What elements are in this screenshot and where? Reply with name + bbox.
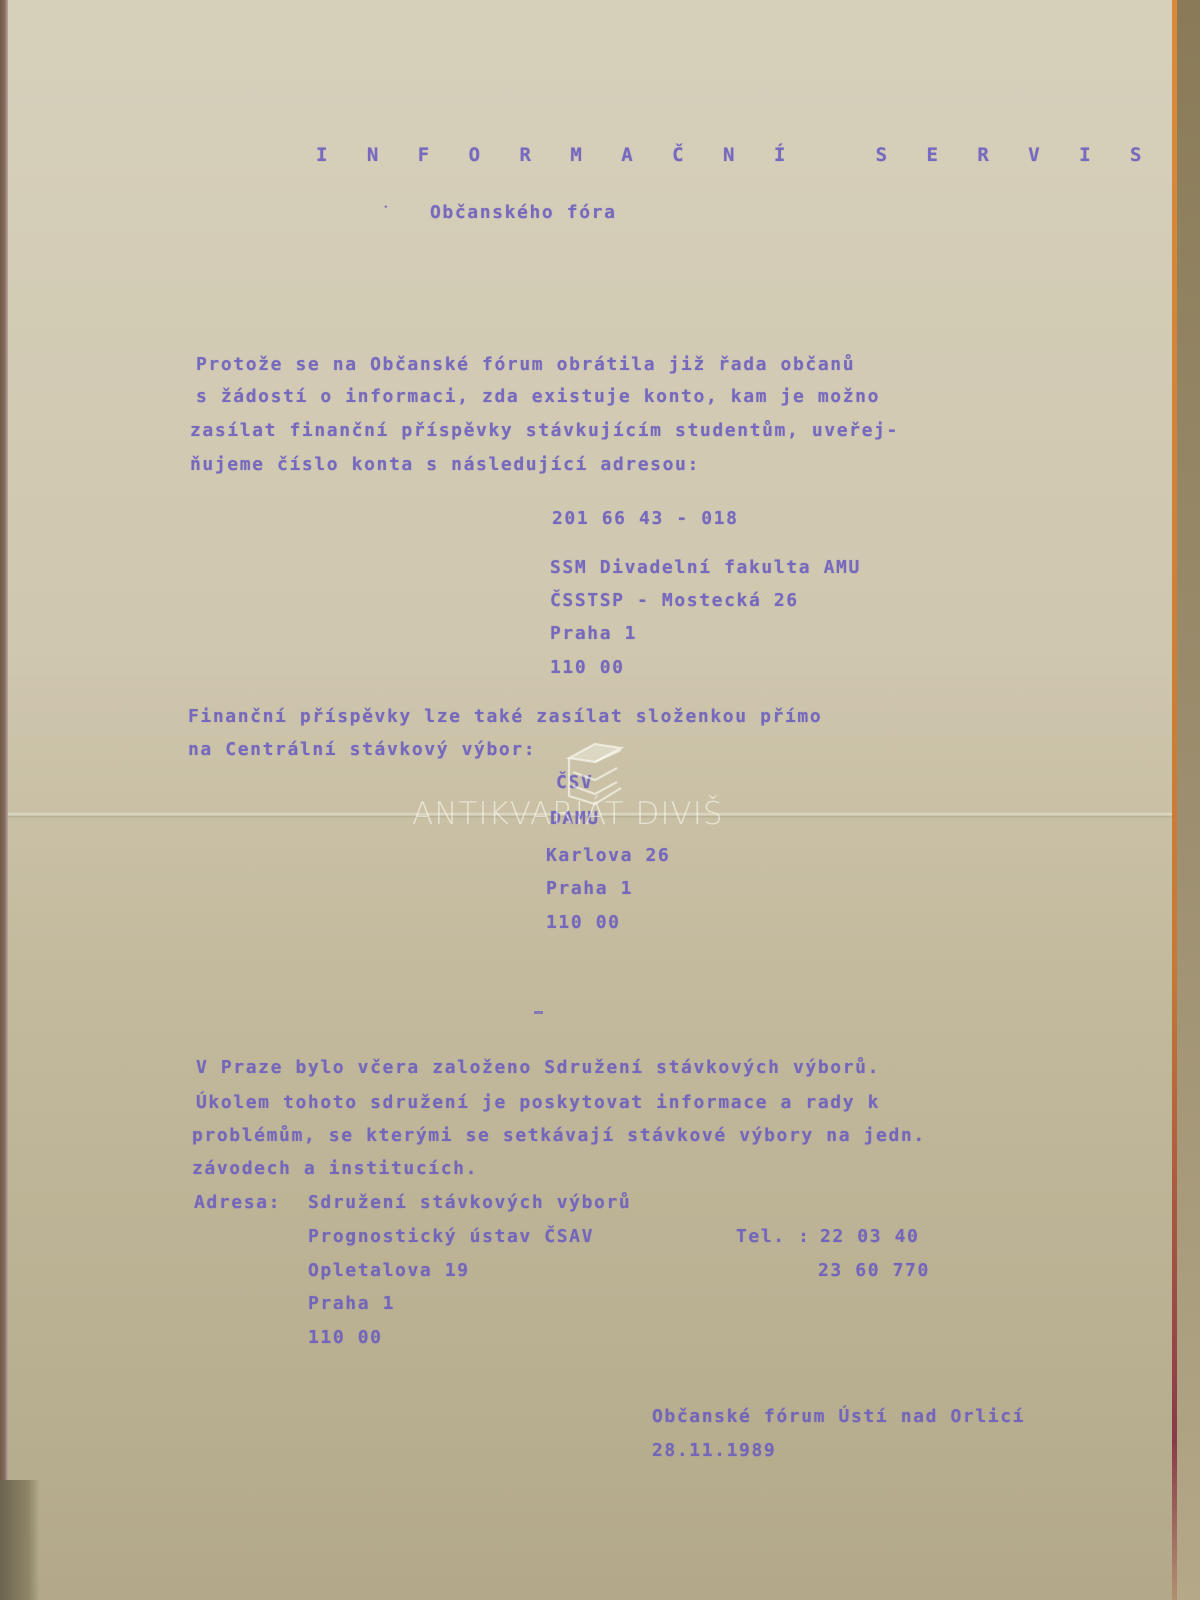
folder-edge bbox=[1172, 0, 1177, 1600]
address-line: Opletalova 19 bbox=[308, 1260, 470, 1281]
strike-committee-line: Praha 1 bbox=[546, 878, 633, 899]
watermark-text: ANTIKVARIÁT DIVIŠ bbox=[412, 796, 724, 832]
shadow bbox=[0, 1480, 40, 1600]
association-line: V Praze bylo včera založeno Sdružení stá… bbox=[196, 1057, 880, 1078]
second-paragraph-line: Finanční příspěvky lze také zasílat slož… bbox=[188, 706, 822, 727]
strike-committee-line: Karlova 26 bbox=[546, 845, 670, 866]
address-line: Sdružení stávkových výborů bbox=[308, 1192, 631, 1213]
issue-date: 28.11.1989 bbox=[652, 1440, 776, 1461]
association-line: Úkolem tohoto sdružení je poskytovat inf… bbox=[196, 1092, 880, 1113]
account-address-line: Praha 1 bbox=[550, 623, 637, 644]
account-number: 201 66 43 - 018 bbox=[552, 508, 739, 529]
phone-number: 23 60 770 bbox=[818, 1260, 930, 1281]
association-line: problémům, se kterými se setkávají stávk… bbox=[192, 1125, 926, 1146]
issuer: Občanské fórum Ústí nad Orlicí bbox=[652, 1406, 1025, 1427]
second-paragraph-line: na Centrální stávkový výbor: bbox=[188, 739, 536, 760]
phone-label: Tel. : bbox=[736, 1226, 811, 1247]
address-line: 110 00 bbox=[308, 1327, 383, 1348]
address-label: Adresa: bbox=[194, 1192, 281, 1213]
intro-line: ňujeme číslo konta s následující adresou… bbox=[190, 454, 700, 475]
phone-number: 22 03 40 bbox=[820, 1226, 920, 1247]
intro-line: zasílat finanční příspěvky stávkujícím s… bbox=[190, 420, 899, 441]
left-binding-edge bbox=[0, 0, 8, 1600]
scanned-document-scene: I N F O R M A Č N Í S E R V I S • Občans… bbox=[0, 0, 1200, 1600]
intro-line: Protože se na Občanské fórum obrátila ji… bbox=[196, 354, 855, 375]
address-line: Praha 1 bbox=[308, 1293, 395, 1314]
document-title: I N F O R M A Č N Í S E R V I S bbox=[316, 144, 1156, 166]
separator-mark bbox=[534, 1011, 543, 1014]
address-line: Prognostický ústav ČSAV bbox=[308, 1226, 594, 1247]
document-subtitle: Občanského fóra bbox=[430, 202, 617, 223]
strike-committee-line: 110 00 bbox=[546, 912, 621, 933]
account-address-line: SSM Divadelní fakulta AMU bbox=[550, 557, 861, 578]
stray-dot: • bbox=[384, 204, 388, 211]
intro-line: s žádostí o informaci, zda existuje kont… bbox=[196, 386, 880, 407]
association-line: závodech a institucích. bbox=[192, 1158, 478, 1179]
account-address-line: ČSSTSP - Mostecká 26 bbox=[550, 590, 799, 611]
account-address-line: 110 00 bbox=[550, 657, 625, 678]
